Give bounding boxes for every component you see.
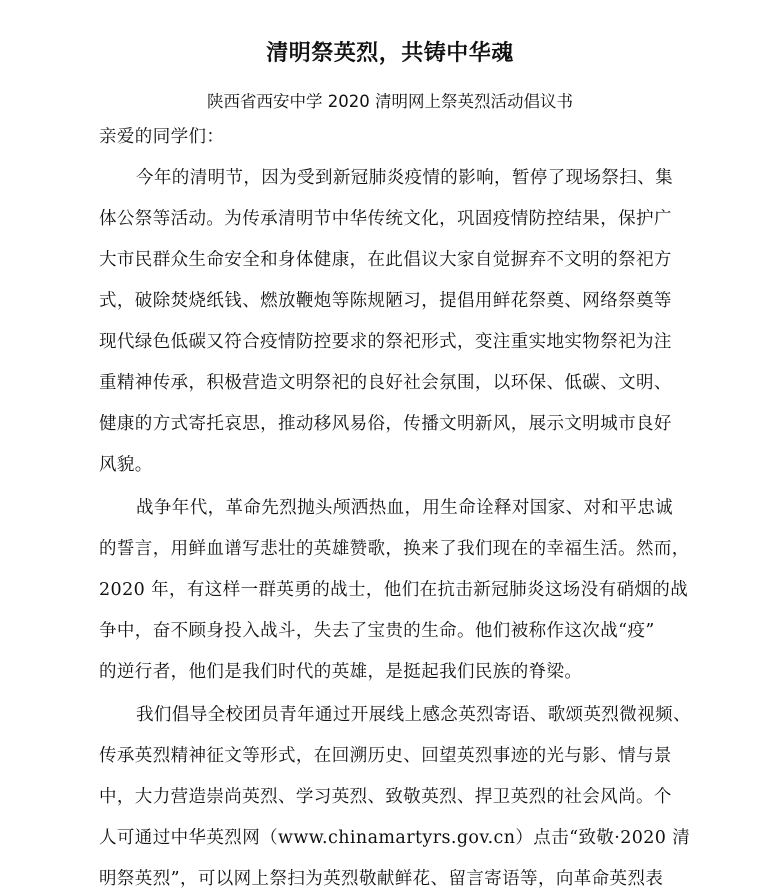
paragraph-2-line: 的誓言，用鲜血谱写悲壮的英雄赞歌，换来了我们现在的幸福生活。然而，	[99, 538, 699, 560]
paragraph-1-line: 大市民群众生命安全和身体健康，在此倡议大家自觉摒弃不文明的祭祀方	[99, 249, 699, 271]
paragraph-1-line: 今年的清明节，因为受到新冠肺炎疫情的影响，暂停了现场祭扫、集	[136, 167, 736, 189]
document-subtitle: 陕西省西安中学 2020 清明网上祭英烈活动倡议书	[0, 88, 780, 112]
paragraph-1-line: 式，破除焚烧纸钱、燃放鞭炮等陈规陋习，提倡用鲜花祭奠、网络祭奠等	[99, 290, 699, 312]
paragraph-3-line: 人可通过中华英烈网（www.chinamartyrs.gov.cn）点击“致敬·…	[99, 827, 699, 849]
document-title: 清明祭英烈，共铸中华魂	[0, 36, 780, 67]
paragraph-1-line: 风貌。	[99, 454, 699, 476]
paragraph-1-line: 体公祭等活动。为传承清明节中华传统文化，巩固疫情防控结果，保护广	[99, 208, 699, 230]
paragraph-2-line: 2020 年，有这样一群英勇的战士，他们在抗击新冠肺炎这场没有硝烟的战	[99, 579, 699, 601]
greeting: 亲爱的同学们：	[99, 126, 699, 148]
paragraph-1-line: 重精神传承，积极营造文明祭祀的良好社会氛围，以环保、低碳、文明、	[99, 372, 699, 394]
paragraph-3-line: 明祭英烈”，可以网上祭扫为英烈敬献鲜花、留言寄语等，向革命英烈表	[99, 868, 699, 890]
paragraph-1-line: 现代绿色低碳又符合疫情防控要求的祭祀形式，变注重实地实物祭祀为注	[99, 331, 699, 353]
paragraph-1-line: 健康的方式寄托哀思，推动移风易俗，传播文明新风，展示文明城市良好	[99, 413, 699, 435]
paragraph-2-line: 战争年代，革命先烈抛头颅洒热血，用生命诠释对国家、对和平忠诚	[136, 497, 736, 519]
paragraph-2-line: 的逆行者，他们是我们时代的英雄，是挺起我们民族的脊梁。	[99, 661, 699, 683]
paragraph-3-line: 中，大力营造崇尚英烈、学习英烈、致敬英烈、捍卫英烈的社会风尚。个	[99, 786, 699, 808]
paragraph-2-line: 争中，奋不顾身投入战斗，失去了宝贵的生命。他们被称作这次战“疫”	[99, 620, 699, 642]
paragraph-3-line: 传承英烈精神征文等形式，在回溯历史、回望英烈事迹的光与影、情与景	[99, 745, 699, 767]
paragraph-3-line: 我们倡导全校团员青年通过开展线上感念英烈寄语、歌颂英烈微视频、	[136, 704, 736, 726]
